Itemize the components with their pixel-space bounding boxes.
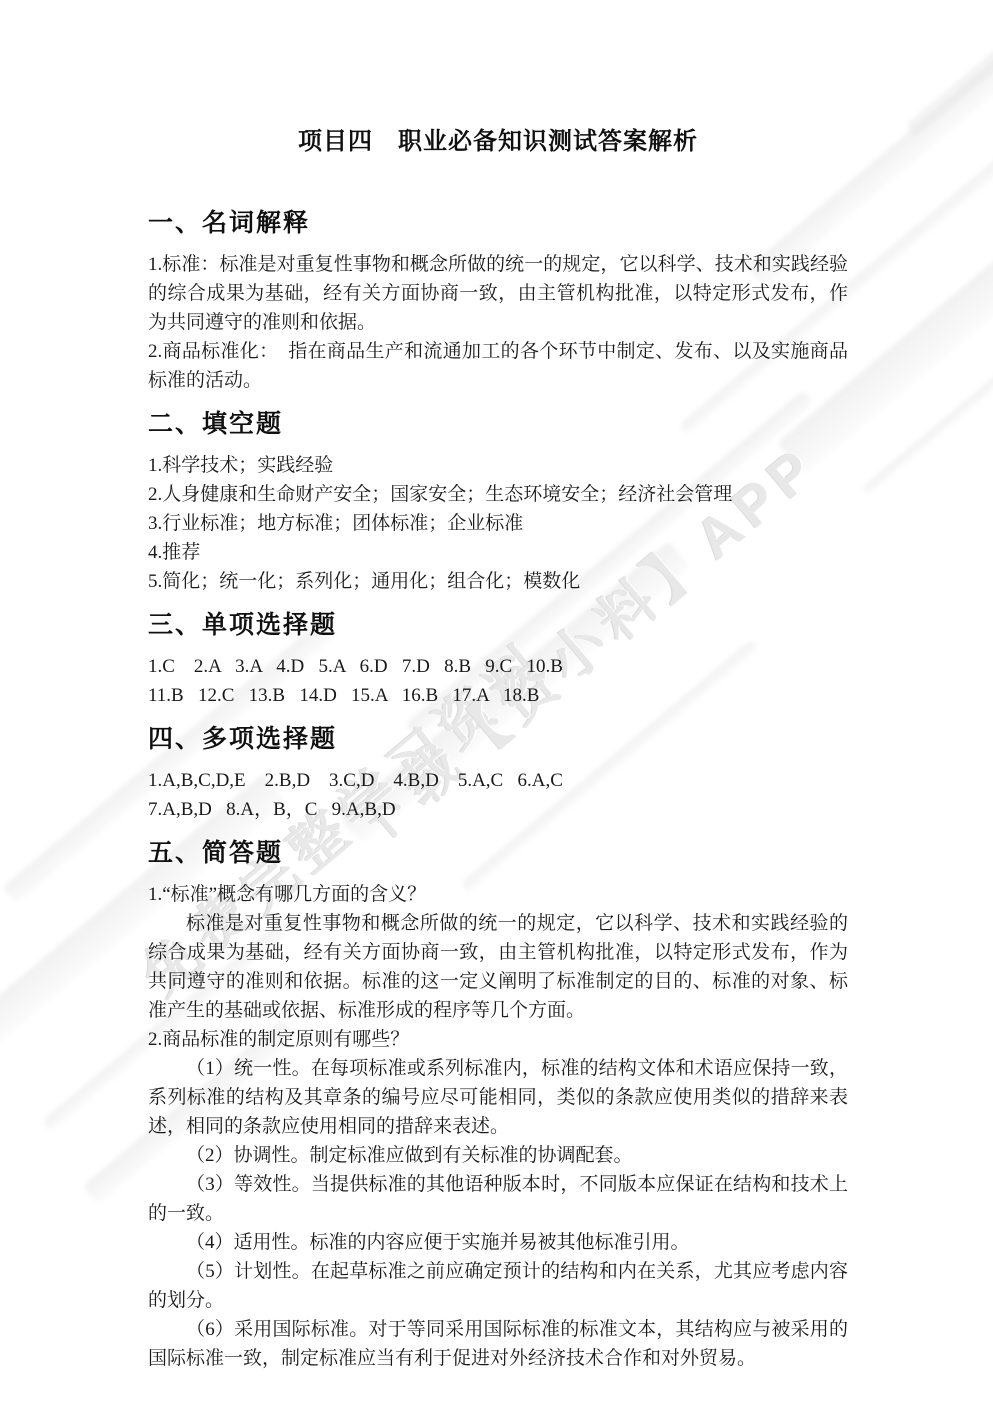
section-heading: 四、多项选择题 (148, 724, 848, 754)
section-term-definitions: 一、名词解释 1.标准：标准是对重复性事物和概念所做的统一的规定，它以科学、技术… (148, 208, 848, 395)
question-text: 2.商品标准的制定原则有哪些？ (148, 1025, 848, 1054)
answer-text: （2）协调性。制定标准应做到有关标准的协调配套。 (148, 1141, 848, 1170)
section-single-choice: 三、单项选择题 1.C 2.A 3.A 4.D 5.A 6.D 7.D 8.B … (148, 610, 848, 710)
paragraph: 1.标准：标准是对重复性事物和概念所做的统一的规定，它以科学、技术和实践经验的综… (148, 250, 848, 337)
answer-text: （6）采用国际标准。对于等同采用国际标准的标准文本，其结构应与被采用的国际标准一… (148, 1315, 848, 1373)
section-heading: 三、单项选择题 (148, 610, 848, 640)
section-fill-in-blanks: 二、填空题 1.科学技术；实践经验 2.人身健康和生命财产安全；国家安全；生态环… (148, 409, 848, 596)
watermark-streak (862, 295, 993, 495)
answer-row: 7.A,B,D 8.A，B，C 9.A,B,D (148, 795, 848, 824)
answer-row: 1.A,B,C,D,E 2.B,D 3.C,D 4.B,D 5.A,C 6.A,… (148, 766, 848, 795)
answer-text: （4）适用性。标准的内容应便于实施并易被其他标准引用。 (148, 1228, 848, 1257)
answer-text: 标准是对重复性事物和概念所做的统一的规定，它以科学、技术和实践经验的综合成果为基… (148, 909, 848, 1025)
list-item: 4.推荐 (148, 538, 848, 567)
answer-row: 1.C 2.A 3.A 4.D 5.A 6.D 7.D 8.B 9.C 10.B (148, 652, 848, 681)
answer-row: 11.B 12.C 13.B 14.D 15.A 16.B 17.A 18.B (148, 681, 848, 710)
answer-text: （1）统一性。在每项标准或系列标准内，标准的结构文体和术语应保持一致，系列标准的… (148, 1054, 848, 1141)
section-short-answer: 五、简答题 1.“标准”概念有哪几方面的含义？ 标准是对重复性事物和概念所做的统… (148, 838, 848, 1373)
watermark-streak (905, 0, 993, 138)
section-heading: 一、名词解释 (148, 208, 848, 238)
section-heading: 五、简答题 (148, 838, 848, 868)
answer-text: （5）计划性。在起草标准之前应确定预计的结构和内在关系，尤其应考虑内容的划分。 (148, 1257, 848, 1315)
page-title: 项目四 职业必备知识测试答案解析 (148, 126, 848, 158)
section-multiple-choice: 四、多项选择题 1.A,B,C,D,E 2.B,D 3.C,D 4.B,D 5.… (148, 724, 848, 824)
question-text: 1.“标准”概念有哪几方面的含义？ (148, 880, 848, 909)
section-heading: 二、填空题 (148, 409, 848, 439)
answer-text: （3）等效性。当提供标准的其他语种版本时，不同版本应保证在结构和技术上的一致。 (148, 1170, 848, 1228)
list-item: 3.行业标准；地方标准；团体标准；企业标准 (148, 509, 848, 538)
paragraph: 2.商品标准化： 指在商品生产和流通加工的各个环节中制定、发布、以及实施商品标准… (148, 337, 848, 395)
list-item: 2.人身健康和生命财产安全；国家安全；生态环境安全；经济社会管理 (148, 480, 848, 509)
list-item: 5.简化；统一化；系列化；通用化；组合化；模数化 (148, 567, 848, 596)
list-item: 1.科学技术；实践经验 (148, 451, 848, 480)
document-page: 项目四 职业必备知识测试答案解析 一、名词解释 1.标准：标准是对重复性事物和概… (148, 0, 848, 1381)
